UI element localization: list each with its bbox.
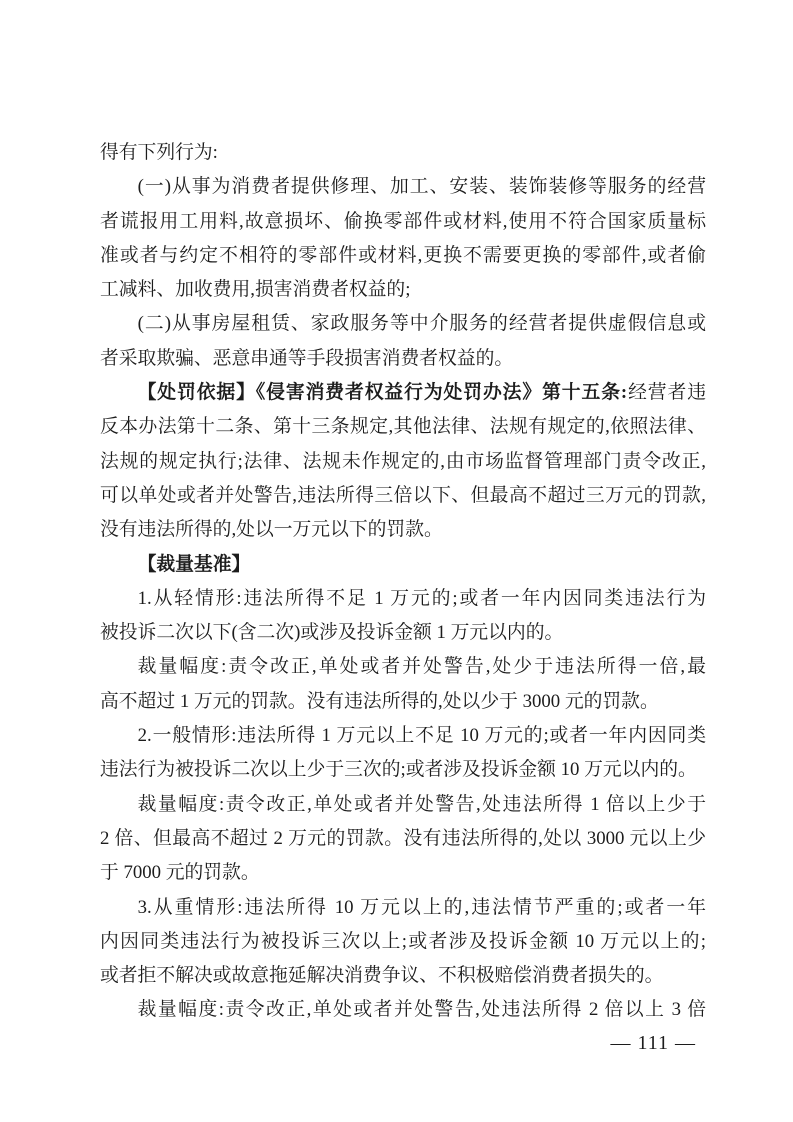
text-line: 裁量幅度:责令改正,单处或者并处警告,处少于违法所得一倍,最 <box>100 650 706 684</box>
text-line: 者采取欺骗、恶意串通等手段损害消费者权益的。 <box>100 342 706 376</box>
text-line: 违法行为被投诉二次以上少于三次的;或者涉及投诉金额 10 万元以内的。 <box>100 753 706 787</box>
text-segment: 被投诉二次以下(含二次)或涉及投诉金额 1 万元以内的。 <box>100 622 563 643</box>
text-line: 2.一般情形:违法所得 1 万元以上不足 10 万元的;或者一年内因同类 <box>100 719 706 753</box>
text-segment: 可以单处或者并处警告,违法所得三倍以下、但最高不超过三万元的罚款, <box>100 485 706 506</box>
text-segment: 反本办法第十二条、第十三条规定,其他法律、法规有规定的,依照法律、 <box>100 416 706 437</box>
text-line: 者谎报用工用料,故意损坏、偷换零部件或材料,使用不符合国家质量标 <box>100 205 706 239</box>
text-segment: 或者拒不解决或故意拖延解决消费争议、不积极赔偿消费者损失的。 <box>100 965 663 986</box>
text-line: 内因同类违法行为被投诉三次以上;或者涉及投诉金额 10 万元以上的; <box>100 925 706 959</box>
text-line: 反本办法第十二条、第十三条规定,其他法律、法规有规定的,依照法律、 <box>100 410 706 444</box>
text-segment: 经营者违 <box>627 382 706 403</box>
text-segment: 得有下列行为: <box>100 142 218 163</box>
text-segment: 1.从轻情形:违法所得不足 1 万元的;或者一年内因同类违法行为 <box>138 588 706 609</box>
text-line: 法规的规定执行;法律、法规未作规定的,由市场监督管理部门责令改正, <box>100 445 706 479</box>
text-segment: 于 7000 元的罚款。 <box>100 862 260 883</box>
document-page: 得有下列行为:(一)从事为消费者提供修理、加工、安装、装饰装修等服务的经营者谎报… <box>0 0 793 1122</box>
text-line: 于 7000 元的罚款。 <box>100 856 706 890</box>
text-line: 被投诉二次以下(含二次)或涉及投诉金额 1 万元以内的。 <box>100 616 706 650</box>
page-number: — 111 — <box>610 1032 696 1054</box>
bold-text-segment: 【裁量基准】 <box>138 554 251 575</box>
text-segment: 者谎报用工用料,故意损坏、偷换零部件或材料,使用不符合国家质量标 <box>100 211 706 232</box>
text-line: 2 倍、但最高不超过 2 万元的罚款。没有违法所得的,处以 3000 元以上少 <box>100 822 706 856</box>
text-segment: 2 倍、但最高不超过 2 万元的罚款。没有违法所得的,处以 3000 元以上少 <box>100 828 706 849</box>
text-line: (一)从事为消费者提供修理、加工、安装、装饰装修等服务的经营 <box>100 170 706 204</box>
text-segment: 内因同类违法行为被投诉三次以上;或者涉及投诉金额 10 万元以上的; <box>100 931 706 952</box>
text-segment: 裁量幅度:责令改正,单处或者并处警告,处违法所得 1 倍以上少于 <box>138 794 706 815</box>
text-segment: 2.一般情形:违法所得 1 万元以上不足 10 万元的;或者一年内因同类 <box>138 725 706 746</box>
text-segment: 法规的规定执行;法律、法规未作规定的,由市场监督管理部门责令改正, <box>100 451 706 472</box>
text-segment: 工减料、加收费用,损害消费者权益的; <box>100 279 410 300</box>
text-segment: 没有违法所得的,处以一万元以下的罚款。 <box>100 519 443 540</box>
text-line: 得有下列行为: <box>100 136 706 170</box>
text-line: (二)从事房屋租赁、家政服务等中介服务的经营者提供虚假信息或 <box>100 307 706 341</box>
text-segment: 裁量幅度:责令改正,单处或者并处警告,处违法所得 2 倍以上 3 倍 <box>138 999 706 1020</box>
text-line: 可以单处或者并处警告,违法所得三倍以下、但最高不超过三万元的罚款, <box>100 479 706 513</box>
text-line: 裁量幅度:责令改正,单处或者并处警告,处违法所得 1 倍以上少于 <box>100 788 706 822</box>
text-segment: 违法行为被投诉二次以上少于三次的;或者涉及投诉金额 10 万元以内的。 <box>100 759 697 780</box>
text-segment: 3.从重情形:违法所得 10 万元以上的,违法情节严重的;或者一年 <box>138 897 706 918</box>
text-segment: (一)从事为消费者提供修理、加工、安装、装饰装修等服务的经营 <box>138 176 706 197</box>
text-segment: 准或者与约定不相符的零部件或材料,更换不需要更换的零部件,或者偷 <box>100 245 706 266</box>
text-segment: 裁量幅度:责令改正,单处或者并处警告,处少于违法所得一倍,最 <box>138 656 706 677</box>
text-line: 准或者与约定不相符的零部件或材料,更换不需要更换的零部件,或者偷 <box>100 239 706 273</box>
text-segment: (二)从事房屋租赁、家政服务等中介服务的经营者提供虚假信息或 <box>138 313 706 334</box>
text-segment: 高不超过 1 万元的罚款。没有违法所得的,处以少于 3000 元的罚款。 <box>100 691 659 712</box>
text-line: 【处罚依据】《侵害消费者权益行为处罚办法》第十五条:经营者违 <box>100 376 706 410</box>
text-line: 裁量幅度:责令改正,单处或者并处警告,处违法所得 2 倍以上 3 倍 <box>100 993 706 1027</box>
document-body: 得有下列行为:(一)从事为消费者提供修理、加工、安装、装饰装修等服务的经营者谎报… <box>100 136 706 1028</box>
text-line: 或者拒不解决或故意拖延解决消费争议、不积极赔偿消费者损失的。 <box>100 959 706 993</box>
text-line: 3.从重情形:违法所得 10 万元以上的,违法情节严重的;或者一年 <box>100 891 706 925</box>
bold-text-segment: 【处罚依据】《侵害消费者权益行为处罚办法》第十五条: <box>138 382 628 403</box>
text-line: 【裁量基准】 <box>100 548 706 582</box>
text-line: 工减料、加收费用,损害消费者权益的; <box>100 273 706 307</box>
text-segment: 者采取欺骗、恶意串通等手段损害消费者权益的。 <box>100 348 513 369</box>
text-line: 没有违法所得的,处以一万元以下的罚款。 <box>100 513 706 547</box>
text-line: 高不超过 1 万元的罚款。没有违法所得的,处以少于 3000 元的罚款。 <box>100 685 706 719</box>
text-line: 1.从轻情形:违法所得不足 1 万元的;或者一年内因同类违法行为 <box>100 582 706 616</box>
